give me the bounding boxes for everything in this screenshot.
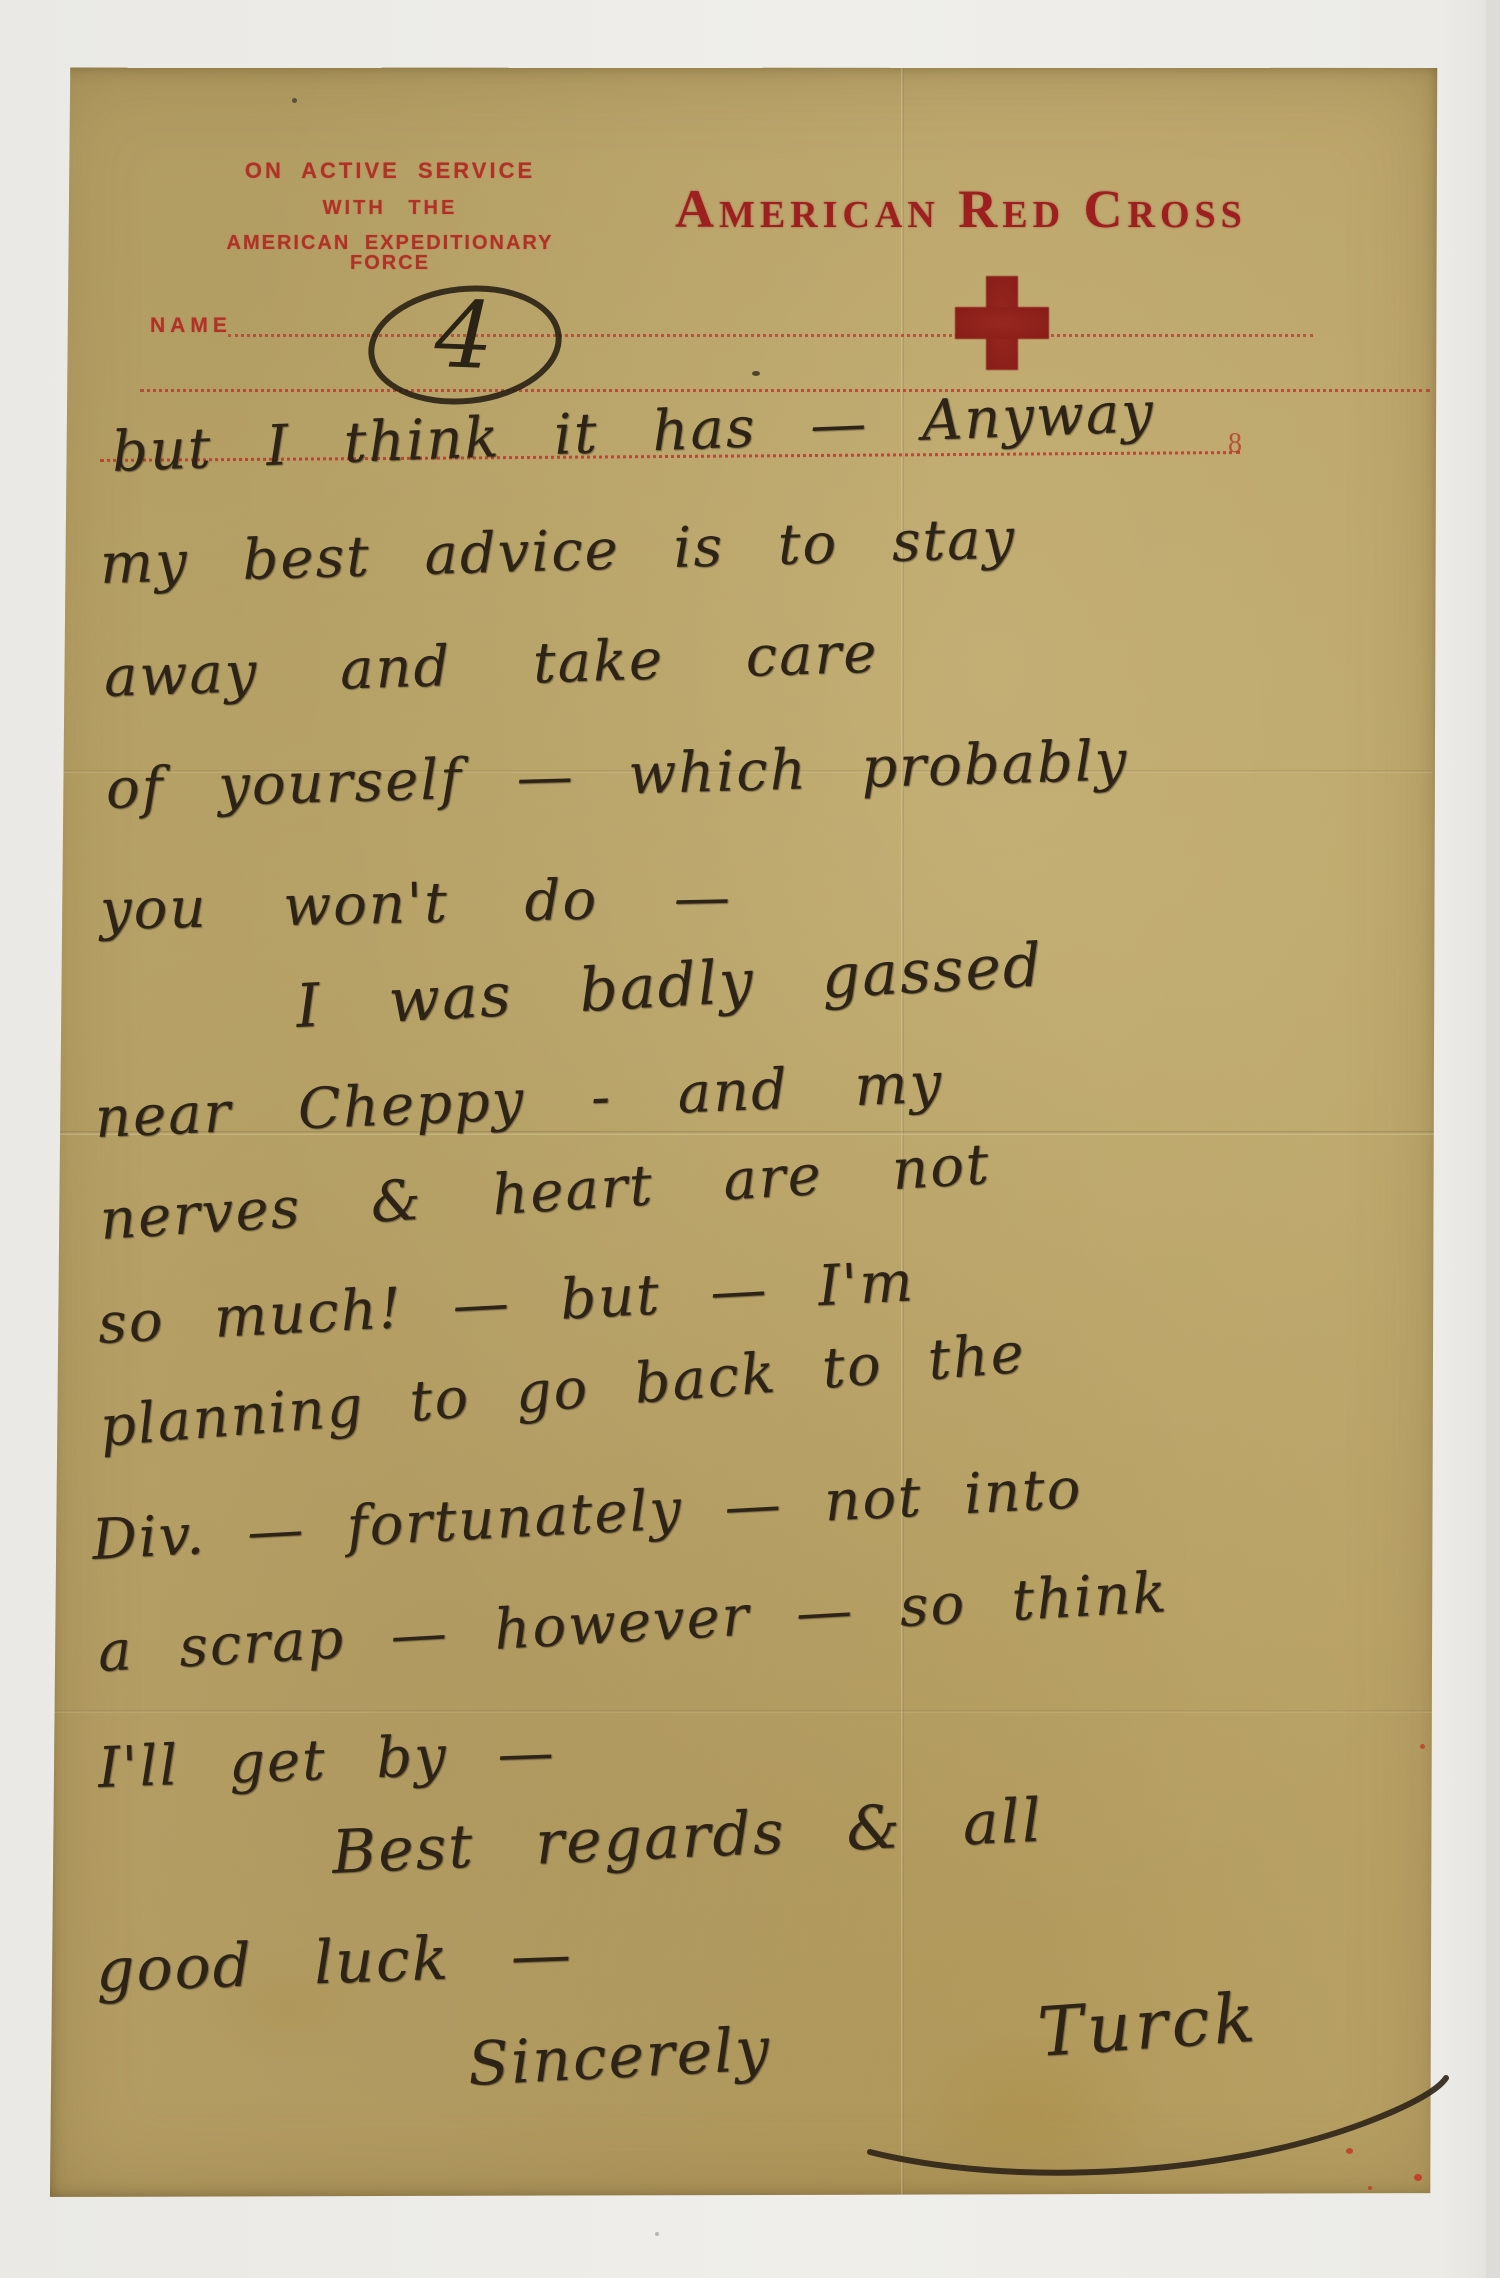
- stamp-line: AMERICAN EXPEDITIONARY FORCE: [180, 233, 600, 273]
- signature-flourish: [862, 2072, 1462, 2197]
- horizontal-fold-crease: [54, 1710, 1434, 1713]
- dotted-rule-line: [140, 389, 1430, 392]
- signature: Turck: [1035, 1979, 1261, 2073]
- american-red-cross-title: American Red Cross: [675, 178, 1247, 240]
- vertical-fold-crease: [901, 65, 904, 2198]
- stamp-line: WITH THE: [180, 198, 600, 218]
- red-cross-icon-horizontal-bar: [955, 307, 1049, 339]
- scanned-letter: ON ACTIVE SERVICE WITH THE AMERICAN EXPE…: [0, 0, 1500, 2278]
- printed-line-mark: 8: [1228, 428, 1242, 460]
- name-field-label: NAME: [150, 314, 232, 338]
- background-speck: [655, 2232, 659, 2236]
- stamp-line: ON ACTIVE SERVICE: [180, 160, 600, 182]
- red-cross-icon: [955, 276, 1049, 370]
- scanner-edge-shadow: [1486, 0, 1500, 2278]
- handwritten-line: you won't do —: [99, 865, 732, 943]
- active-service-stamp: ON ACTIVE SERVICE WITH THE AMERICAN EXPE…: [180, 160, 600, 273]
- page-number: 4: [433, 281, 495, 390]
